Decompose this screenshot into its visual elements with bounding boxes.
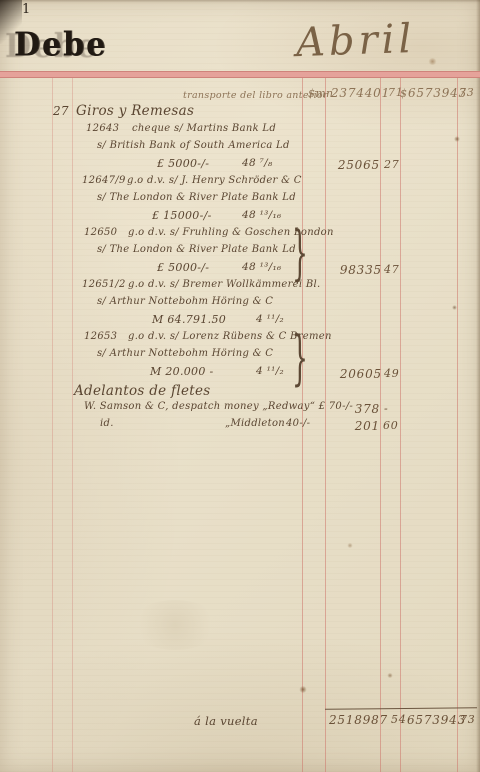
paper-stain [387,673,393,678]
exchange-rate: 48 ⁷/₈ [242,157,272,169]
paper-stain [347,543,353,548]
entry-number: 12650 [84,227,117,238]
header-rule [0,71,480,78]
page-right-edge [476,0,480,772]
page-number: 1 [22,2,30,17]
amount-cents: 47 [384,263,400,276]
column-rule-oro-cents [457,76,458,772]
exchange-rate: 48 ¹³/₁₆ [242,261,281,273]
paper-stain [452,305,457,310]
entry-text: s/ Arthur Nottebohm Höring & C [97,348,273,359]
entry-text: s/ British Bank of South America Ld [97,140,290,151]
amount-main: 25065 [335,158,380,172]
carried-forward-mn: 2374401 [331,86,390,100]
entry-number: 12643 [86,123,119,134]
column-rule-oro-start [400,76,401,772]
footer-label: á la vuelta [194,714,258,728]
carried-forward-label: transporte del libro anterior [183,90,328,101]
paper-stain [428,58,437,65]
column-rule-mn-start [325,76,326,772]
total-mn: 2518987 [328,713,388,727]
amount-cents: 49 [384,367,400,380]
currency-mark-oro: $ [400,87,407,100]
freight-id: id. [100,418,114,429]
page-title-debe: Debe [14,26,107,65]
total-oro-cents: 73 [460,713,476,726]
amount-cents: 27 [384,158,400,171]
freight-ship: „Middleton [225,418,285,429]
entry-text: g.o d.v. s/ J. Henry Schröder & C [127,175,302,186]
carried-forward-oro-cents: 73 [459,86,475,99]
entry-number: 12651/2 [82,279,126,290]
paper-smudge [130,600,220,650]
entry-amount-foreign: M 20.000 - [150,365,213,378]
month-title-abril: Abril [295,16,416,66]
freight-line: W. Samson & C, despatch money „Redway“ £… [84,401,353,412]
entry-amount-foreign: £ 5000-/- [157,261,209,274]
page-top-edge [0,0,480,3]
section-title-giros: Giros y Remesas [76,103,194,119]
entry-amount-foreign: £ 5000-/- [157,157,209,170]
entry-text: s/ Arthur Nottebohm Höring & C [97,296,273,307]
total-sum-line [325,707,477,710]
entry-text: cheque s/ Martins Bank Ld [132,123,276,134]
grouping-brace: } [292,324,308,392]
exchange-rate: 48 ¹³/₁₆ [242,209,281,221]
column-rule-date-left [52,76,53,772]
entry-amount-foreign: £ 15000-/- [152,209,212,222]
grouping-brace: } [292,219,308,287]
section-title-adelantos: Adelantos de fletes [74,383,210,399]
currency-mark-mn: $mn [308,87,333,100]
column-rule-mn-cents [380,76,381,772]
paper-stain [299,686,307,693]
column-rule-date-right [72,76,73,772]
entry-number: 12653 [84,331,117,342]
amount-main: 20605 [337,367,382,381]
total-oro: 6573943 [407,713,466,727]
amount-main: 378 [335,402,380,416]
entry-amount-foreign: M 64.791.50 [152,313,226,326]
amount-main: 201 [335,419,380,433]
freight-amount-foreign: 40-/- [286,418,310,429]
amount-main: 98335 [337,263,382,277]
entry-text: s/ The London & River Plate Bank Ld [97,192,296,203]
total-mn-cents: 54 [391,713,407,726]
entry-text: s/ The London & River Plate Bank Ld [97,244,296,255]
amount-cents: - [384,402,389,415]
ledger-page: 1 Debe Abril transporte del libro anteri… [0,0,480,772]
exchange-rate: 4 ¹¹/₂ [256,365,284,377]
paper-stain [454,136,460,142]
amount-cents: 60 [383,419,399,432]
entry-day: 27 [53,104,69,118]
entry-number: 12647/9 [82,175,126,186]
exchange-rate: 4 ¹¹/₂ [256,313,284,325]
